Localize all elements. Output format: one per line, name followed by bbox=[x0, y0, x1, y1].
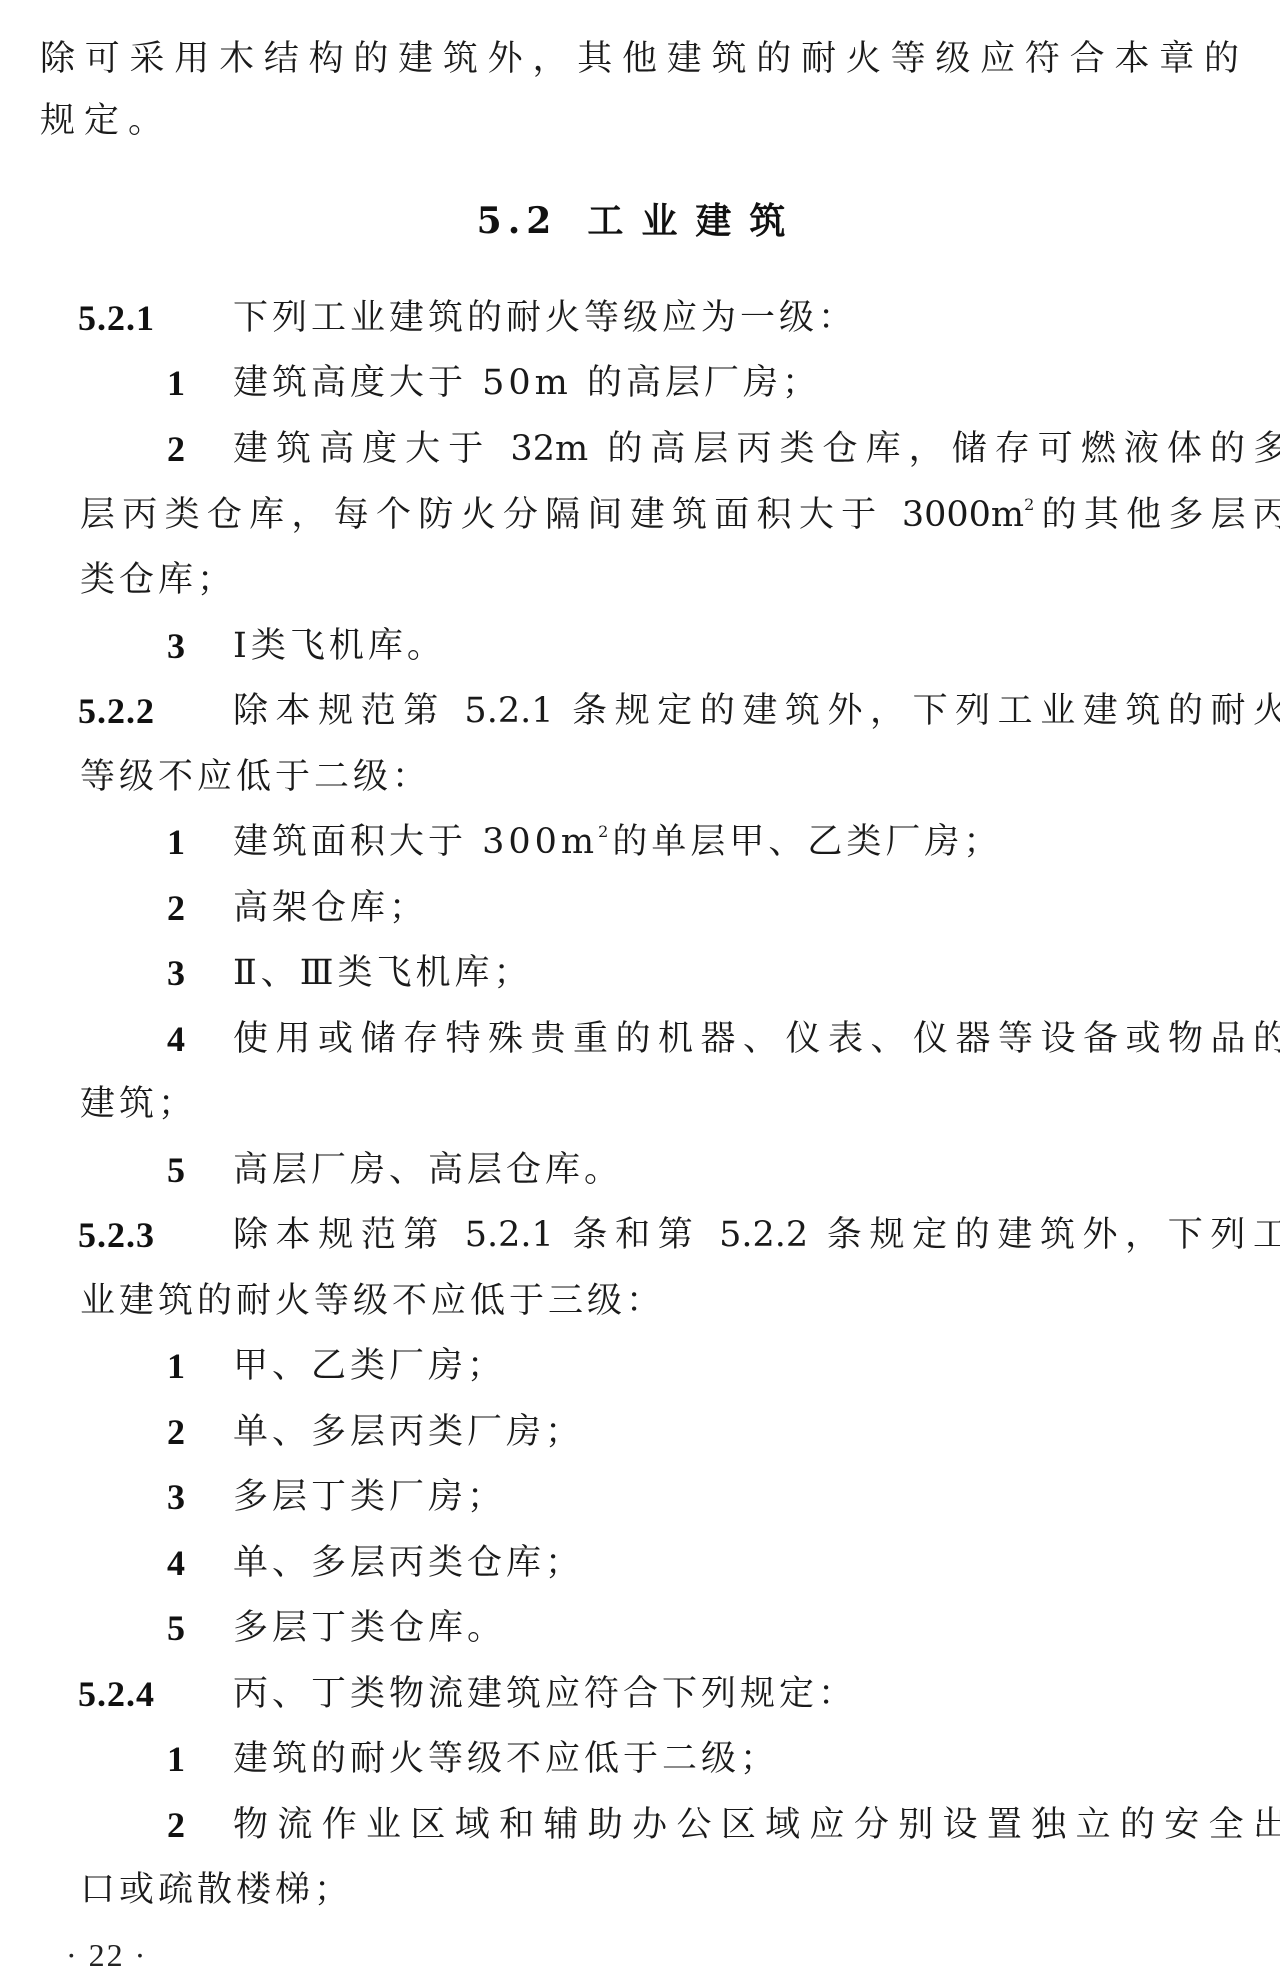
item-number: 1 bbox=[167, 358, 185, 408]
item-text-line-2: 口或疏散楼梯； bbox=[80, 1865, 353, 1915]
item-number: 1 bbox=[167, 1341, 185, 1391]
item-number: 2 bbox=[167, 1407, 185, 1457]
item-number: 2 bbox=[167, 1800, 185, 1850]
item-text-part: 的单层甲、乙类厂房； bbox=[612, 822, 1002, 862]
item-text-line-1: 使用或储存特殊贵重的机器、仪表、仪器等设备或物品的 bbox=[233, 1014, 1280, 1064]
clause-5-2-3-item-3: 3 多层丁类厂房； bbox=[40, 1472, 1248, 1522]
item-text: 甲、乙类厂房； bbox=[233, 1341, 506, 1391]
clause-5-2-1-item-1: 1 建筑高度大于 50m 的高层厂房； bbox=[40, 358, 1248, 408]
item-text: 多层丁类厂房； bbox=[233, 1472, 506, 1522]
item-number: 5 bbox=[167, 1145, 185, 1195]
clause-5-2-1-item-3: 3 Ⅰ类飞机库。 bbox=[40, 621, 1248, 671]
item-text: 单、多层丙类仓库； bbox=[233, 1538, 584, 1588]
item-text: 建筑高度大于 50m 的高层厂房； bbox=[233, 358, 821, 408]
intro-text-2: 规定。 bbox=[40, 101, 172, 141]
clause-number: 5.2.3 bbox=[78, 1210, 155, 1260]
intro-line-1: 除可采用木结构的建筑外，其他建筑的耐火等级应符合本章的 bbox=[40, 34, 1248, 84]
clause-5-2-4-item-2: 2 物流作业区域和辅助办公区域应分别设置独立的安全出 bbox=[40, 1800, 1248, 1850]
item-number: 1 bbox=[167, 1734, 185, 1784]
section-heading: 5.2工业建筑 bbox=[0, 196, 1280, 246]
clause-5-2-2-item-5: 5 高层厂房、高层仓库。 bbox=[40, 1145, 1248, 1195]
clause-5-2-3: 5.2.3 除本规范第 5.2.1 条和第 5.2.2 条规定的建筑外，下列工 bbox=[40, 1210, 1248, 1260]
clause-5-2-4-item-2-cont: 口或疏散楼梯； bbox=[40, 1865, 1248, 1915]
page-number: · 22 · bbox=[66, 1932, 147, 1974]
clause-5-2-1: 5.2.1 下列工业建筑的耐火等级应为一级： bbox=[40, 293, 1248, 343]
clause-5-2-3-item-2: 2 单、多层丙类厂房； bbox=[40, 1407, 1248, 1457]
clause-5-2-4: 5.2.4 丙、丁类物流建筑应符合下列规定： bbox=[40, 1669, 1248, 1719]
clause-text: 下列工业建筑的耐火等级应为一级： bbox=[233, 293, 857, 343]
clause-number: 5.2.2 bbox=[78, 686, 155, 736]
item-number: 3 bbox=[167, 621, 185, 671]
item-number: 5 bbox=[167, 1603, 185, 1653]
item-number: 4 bbox=[167, 1014, 185, 1064]
clause-5-2-2: 5.2.2 除本规范第 5.2.1 条规定的建筑外，下列工业建筑的耐火 bbox=[40, 686, 1248, 736]
item-text: 单、多层丙类厂房； bbox=[233, 1407, 584, 1457]
item-text-line-1: 建筑高度大于 32m 的高层丙类仓库，储存可燃液体的多 bbox=[233, 424, 1280, 474]
item-text-part: 层丙类仓库，每个防火分隔间建筑面积大于 3000m bbox=[80, 495, 1024, 535]
item-text-line-3: 类仓库； bbox=[80, 555, 236, 605]
item-text-line-1: 物流作业区域和辅助办公区域应分别设置独立的安全出 bbox=[233, 1800, 1280, 1850]
clause-5-2-1-item-2-cont: 层丙类仓库，每个防火分隔间建筑面积大于 3000m2的其他多层丙 bbox=[40, 490, 1248, 540]
clause-5-2-3-item-1: 1 甲、乙类厂房； bbox=[40, 1341, 1248, 1391]
item-text: 建筑的耐火等级不应低于二级； bbox=[233, 1734, 779, 1784]
section-number: 5.2 bbox=[477, 200, 558, 242]
item-text: 高架仓库； bbox=[233, 883, 428, 933]
item-text-part: 的其他多层丙 bbox=[1034, 495, 1280, 535]
item-number: 3 bbox=[167, 1472, 185, 1522]
item-text: 建筑面积大于 300m2的单层甲、乙类厂房； bbox=[233, 817, 1002, 867]
clause-5-2-1-item-2: 2 建筑高度大于 32m 的高层丙类仓库，储存可燃液体的多 bbox=[40, 424, 1248, 474]
clause-5-2-3-cont: 业建筑的耐火等级不应低于三级： bbox=[40, 1276, 1248, 1326]
clause-text-line-2: 等级不应低于二级： bbox=[80, 752, 431, 802]
intro-text-1: 除可采用木结构的建筑外，其他建筑的耐火等级应符合本章的 bbox=[40, 39, 1248, 79]
clause-5-2-2-item-2: 2 高架仓库； bbox=[40, 883, 1248, 933]
clause-5-2-2-item-4: 4 使用或储存特殊贵重的机器、仪表、仪器等设备或物品的 bbox=[40, 1014, 1248, 1064]
item-text: 多层丁类仓库。 bbox=[233, 1603, 506, 1653]
intro-line-2: 规定。 bbox=[40, 96, 1248, 146]
clause-5-2-3-item-4: 4 单、多层丙类仓库； bbox=[40, 1538, 1248, 1588]
clause-5-2-3-item-5: 5 多层丁类仓库。 bbox=[40, 1603, 1248, 1653]
clause-text-line-1: 除本规范第 5.2.1 条规定的建筑外，下列工业建筑的耐火 bbox=[233, 686, 1280, 736]
item-number: 2 bbox=[167, 424, 185, 474]
clause-5-2-1-item-2-cont-2: 类仓库； bbox=[40, 555, 1248, 605]
superscript: 2 bbox=[598, 822, 612, 841]
clause-number: 5.2.4 bbox=[78, 1669, 155, 1719]
clause-5-2-4-item-1: 1 建筑的耐火等级不应低于二级； bbox=[40, 1734, 1248, 1784]
item-number: 1 bbox=[167, 817, 185, 867]
superscript: 2 bbox=[1024, 495, 1034, 514]
clause-5-2-2-item-3: 3 Ⅱ、Ⅲ类飞机库； bbox=[40, 948, 1248, 998]
clause-5-2-2-cont: 等级不应低于二级： bbox=[40, 752, 1248, 802]
clause-5-2-2-item-4-cont: 建筑； bbox=[40, 1079, 1248, 1129]
clause-number: 5.2.1 bbox=[78, 293, 155, 343]
clause-text-line-2: 业建筑的耐火等级不应低于三级： bbox=[80, 1276, 665, 1326]
clause-text-line-1: 除本规范第 5.2.1 条和第 5.2.2 条规定的建筑外，下列工 bbox=[233, 1210, 1280, 1260]
item-text-line-2: 层丙类仓库，每个防火分隔间建筑面积大于 3000m2的其他多层丙 bbox=[80, 490, 1280, 540]
item-number: 3 bbox=[167, 948, 185, 998]
item-text: Ⅰ类飞机库。 bbox=[233, 621, 446, 671]
item-number: 4 bbox=[167, 1538, 185, 1588]
item-text-line-2: 建筑； bbox=[80, 1079, 197, 1129]
item-number: 2 bbox=[167, 883, 185, 933]
item-text: 高层厂房、高层仓库。 bbox=[233, 1145, 623, 1195]
clause-text: 丙、丁类物流建筑应符合下列规定： bbox=[233, 1669, 857, 1719]
section-title: 工业建筑 bbox=[587, 200, 803, 242]
item-text-part: 建筑面积大于 300m bbox=[233, 822, 598, 862]
item-text: Ⅱ、Ⅲ类飞机库； bbox=[233, 948, 533, 998]
clause-5-2-2-item-1: 1 建筑面积大于 300m2的单层甲、乙类厂房； bbox=[40, 817, 1248, 867]
